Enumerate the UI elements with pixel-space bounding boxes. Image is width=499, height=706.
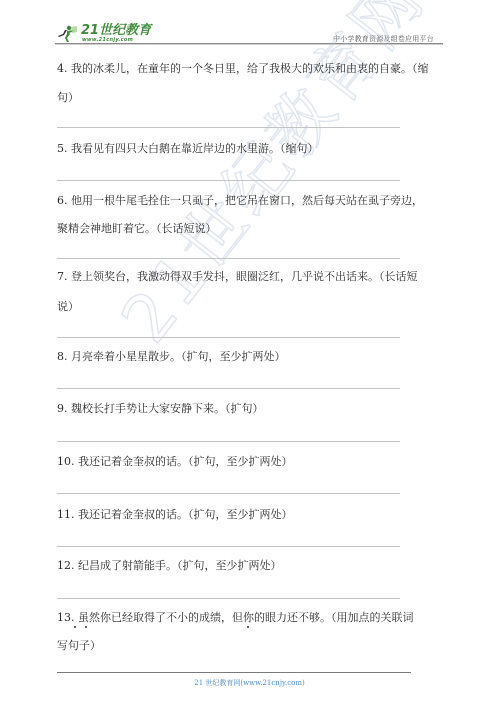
- answer-line-5[interactable]: [57, 180, 400, 181]
- footer-text[interactable]: 21 世纪教育网(www.21cnjy.com): [0, 678, 499, 688]
- question-5: 5. 我看见有四只大白鹅在靠近岸边的水里游。（缩句）: [57, 142, 319, 155]
- answer-line-7[interactable]: [57, 337, 400, 338]
- question-7-cont: 说）: [57, 300, 79, 313]
- question-6: 6. 他用一根牛尾毛拴住一只虱子，把它吊在窗口，然后每天站在虱子旁边，: [57, 194, 423, 207]
- emphasis-dot: [74, 626, 76, 628]
- watermark-text: 21世纪教育网精选资料: [107, 0, 499, 357]
- answer-line-10[interactable]: [57, 493, 400, 494]
- question-6-cont: 聚精会神地盯着它。（长话短说）: [57, 222, 217, 235]
- question-4-cont: 句）: [57, 91, 79, 104]
- logo-text: 21世纪教育: [81, 24, 151, 38]
- question-4: 4. 我的冰柔儿，在童年的一个冬日里，给了我极大的欢乐和由衷的自豪。（缩: [57, 62, 429, 75]
- question-13: 13. 虽然你已经取得了不小的成绩，但你的眼力还不够。（用加点的关联词: [57, 611, 414, 624]
- question-8: 8. 月亮牵着小星星散步。（扩句，至少扩两处）: [57, 350, 286, 363]
- question-12: 12. 纪昌成了射箭能手。（扩句，至少扩两处）: [57, 559, 282, 572]
- question-11: 11. 我还记着金奎叔的话。（扩句，至少扩两处）: [57, 508, 293, 521]
- question-7: 7. 登上领奖台，我激动得双手发抖，眼圈泛红，几乎说不出话来。（长话短: [57, 270, 418, 283]
- question-10: 10. 我还记着金奎叔的话。（扩句，至少扩两处）: [57, 455, 293, 468]
- runner-icon: [56, 25, 78, 43]
- question-13-cont: 写句子）: [57, 639, 101, 652]
- answer-line-6[interactable]: [57, 258, 400, 259]
- question-9: 9. 魏校长打手势让大家安静下来。（扩句）: [57, 402, 264, 415]
- answer-line-11[interactable]: [57, 546, 400, 547]
- answer-line-8[interactable]: [57, 388, 400, 389]
- header-divider-shadow: [55, 44, 443, 45]
- footer-divider: [57, 672, 411, 673]
- emphasis-dot: [85, 626, 87, 628]
- answer-line-4[interactable]: [57, 127, 400, 128]
- logo: 21世纪教育 www.21cnjy.com: [56, 24, 156, 44]
- answer-line-9[interactable]: [57, 441, 400, 442]
- emphasis-dot: [247, 626, 249, 628]
- answer-line-12[interactable]: [57, 598, 400, 599]
